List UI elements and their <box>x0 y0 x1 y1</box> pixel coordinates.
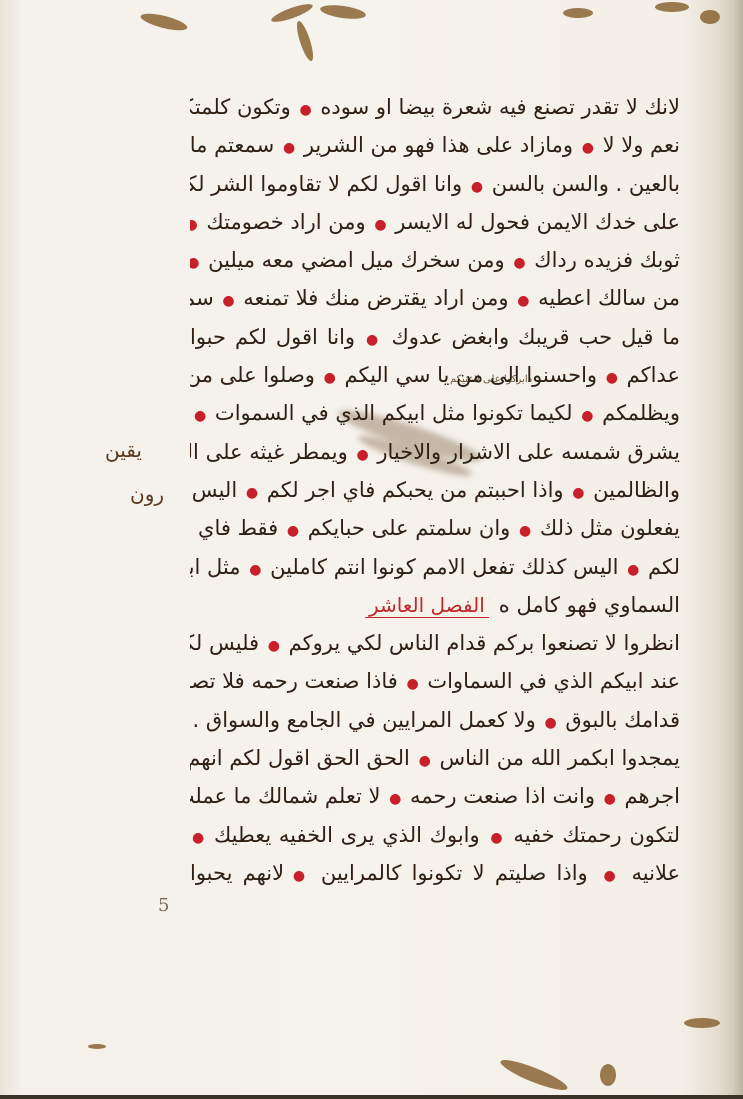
text-line: لانك لا تقدر تصنع فيه شعرة بيضا او سوده … <box>190 88 680 126</box>
stain <box>700 10 720 24</box>
text-line: قدامك بالبوق ● ولا كعمل المرايين في الجا… <box>190 701 680 739</box>
stain <box>88 1044 106 1049</box>
verse-separator: ● <box>419 753 431 769</box>
text-line: عند ابيكم الذي في السماوات ● فاذا صنعت ر… <box>190 662 680 700</box>
text-line: من سالك اعطيه ● ومن اراد يقترض منك فلا ت… <box>190 279 680 317</box>
text-line: عداكم ● واحسنوا الى من يا سي اليكم ● وصل… <box>190 356 680 394</box>
verse-separator: ● <box>406 676 418 692</box>
text-line: لتكون رحمتك خفيه ● وابوك الذي يرى الخفيه… <box>190 816 680 854</box>
verse-separator: ● <box>293 868 309 884</box>
verse-separator: ● <box>519 523 531 539</box>
margin-mark: 5 <box>158 895 169 916</box>
verse-separator: ● <box>324 370 336 386</box>
stain <box>684 1018 720 1028</box>
verse-separator: ● <box>604 791 616 807</box>
verse-separator: ● <box>194 408 206 424</box>
stain <box>563 8 593 18</box>
verse-separator: ● <box>268 638 280 654</box>
stain <box>270 1 315 25</box>
main-text-block: لانك لا تقدر تصنع فيه شعرة بيضا او سوده … <box>190 88 680 892</box>
heading-lead-text: السماوي فهو كامل ە <box>499 586 680 624</box>
verse-separator: ● <box>364 332 381 348</box>
chapter-rubric: الفصل العاشر <box>365 593 489 618</box>
text-line: لكم ● اليس كذلك تفعل الامم كونوا انتم كا… <box>190 548 680 586</box>
text-line: والظالمين ● واذا احببتم من يحبكم فاي اجر… <box>190 471 680 509</box>
text-line: يشرق شمسه على الاشرار والاخيار ● ويمطر غ… <box>190 433 680 471</box>
text-line: يفعلون مثل ذلك ● وان سلمتم على حبايكم ● … <box>190 509 680 547</box>
verse-separator: ● <box>606 370 618 386</box>
verse-separator: ● <box>249 562 261 578</box>
stain <box>600 1064 616 1086</box>
page-bottom-edge <box>0 1095 743 1099</box>
verse-separator: ● <box>283 140 295 156</box>
verse-separator: ● <box>374 217 386 233</box>
verse-separator: ● <box>190 217 198 233</box>
verse-separator: ● <box>513 255 525 271</box>
text-line: ويظلمكم ● لكيما تكونوا مثل ابيكم الذي في… <box>190 394 680 432</box>
text-line: علانيه ● واذا صليتم لا تكونوا كالمرايين … <box>190 854 680 892</box>
verse-separator: ● <box>471 179 483 195</box>
verse-separator: ● <box>299 102 311 118</box>
verse-separator: ● <box>389 791 401 807</box>
verse-separator: ● <box>600 868 619 884</box>
verse-separator: ● <box>517 293 529 309</box>
verse-separator: ● <box>572 485 584 501</box>
stain <box>498 1055 570 1095</box>
verse-separator: ● <box>582 140 594 156</box>
verse-separator: ● <box>581 408 593 424</box>
verse-separator: ● <box>627 562 639 578</box>
text-line: ثوبك فزيده رداك ● ومن سخرك ميل امضي معه … <box>190 241 680 279</box>
text-line: اجرهم ● وانت اذا صنعت رحمه ● لا تعلم شما… <box>190 777 680 815</box>
text-line: انظروا لا تصنعوا بركم قدام الناس لكي يرو… <box>190 624 680 662</box>
stain <box>655 2 689 12</box>
verse-separator: ● <box>192 830 204 846</box>
stain <box>294 19 316 62</box>
verse-separator: ● <box>287 523 299 539</box>
margin-note: يقين <box>105 438 142 462</box>
text-line: يمجدوا ابكمر الله من الناس ● الحق الحق ا… <box>190 739 680 777</box>
stain <box>139 10 188 33</box>
chapter-heading-line: السماوي فهو كامل ە الفصل العاشر <box>190 586 680 624</box>
verse-separator: ● <box>544 715 556 731</box>
verse-separator: ● <box>222 293 234 309</box>
verse-separator: ● <box>489 830 503 846</box>
stain <box>319 3 366 21</box>
text-line: نعم ولا لا ● ومازاد على هذا فهو من الشري… <box>190 126 680 164</box>
verse-separator: ● <box>246 485 258 501</box>
margin-note: رون <box>130 482 164 506</box>
verse-separator: ● <box>190 255 199 271</box>
gutter-shadow <box>719 0 743 1099</box>
text-line: على خدك الايمن فحول له الايسر ● ومن اراد… <box>190 203 680 241</box>
verse-separator: ● <box>356 447 368 463</box>
manuscript-page: دابركوا على لاعنيكم لانك لا تقدر تصنع في… <box>0 0 743 1099</box>
text-line: بالعين . والسن بالسن ● وانا اقول لكم لا … <box>190 165 680 203</box>
text-line: ما قيل حب قريبك وابغض عدوك ● وانا اقول ل… <box>190 318 680 356</box>
